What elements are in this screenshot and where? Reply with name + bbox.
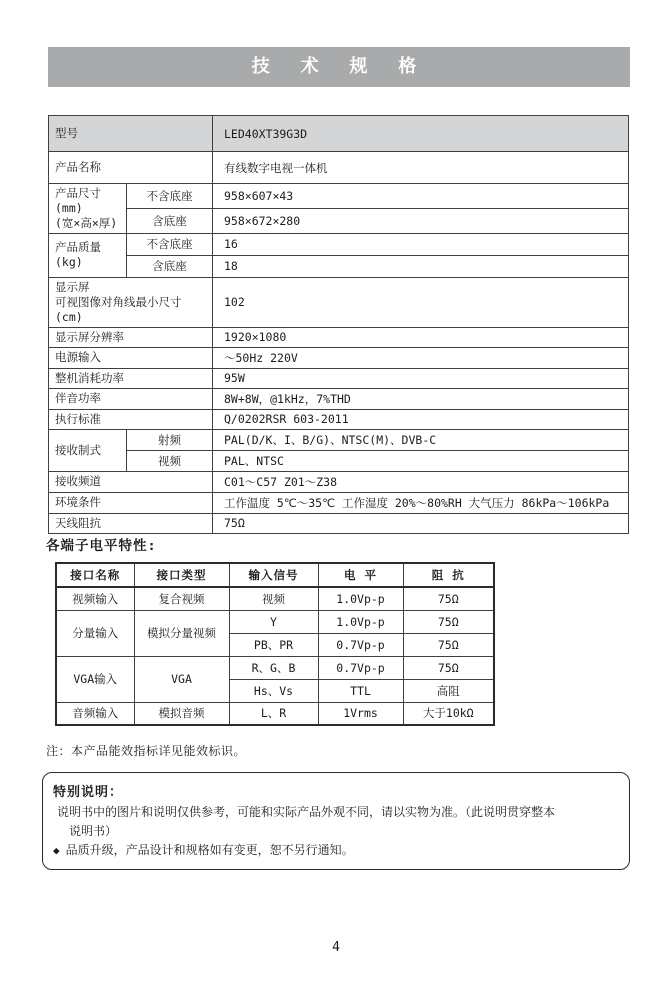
spec-value: C01～C57 Z01～Z38 bbox=[213, 471, 629, 492]
terminal-type: VGA bbox=[134, 656, 229, 702]
table-row: 分量输入 模拟分量视频 Y 1.0Vp-p 75Ω bbox=[56, 610, 494, 633]
terminal-impedance: 高阻 bbox=[403, 679, 494, 702]
terminal-signal: R、G、B bbox=[229, 656, 318, 679]
terminal-level: 1.0Vp-p bbox=[318, 587, 403, 610]
table-row: 音频输入 模拟音频 L、R 1Vrms 大于10kΩ bbox=[56, 702, 494, 725]
section-title-bar: 技 术 规 格 bbox=[48, 47, 630, 87]
special-notes-box: 特别说明： 说明书中的图片和说明仅供参考，可能和实际产品外观不同，请以实物为准。… bbox=[42, 772, 630, 870]
spec-value: 75Ω bbox=[213, 513, 629, 533]
spec-value: 8W+8W，@1kHz，7%THD bbox=[213, 388, 629, 409]
spec-value: 18 bbox=[213, 255, 629, 277]
column-header: 输入信号 bbox=[229, 563, 318, 587]
table-row: 显示屏分辨率 1920×1080 bbox=[49, 327, 629, 347]
table-row: 产品质量(kg) 不含底座 16 bbox=[49, 233, 629, 255]
spec-label: 电源输入 bbox=[49, 347, 213, 368]
spec-label: 伴音功率 bbox=[49, 388, 213, 409]
table-row: 伴音功率 8W+8W，@1kHz，7%THD bbox=[49, 388, 629, 409]
table-row: 视频 PAL、NTSC bbox=[49, 450, 629, 471]
spec-label: 显示屏分辨率 bbox=[49, 327, 213, 347]
spec-value: 102 bbox=[213, 277, 629, 327]
diamond-bullet-icon: ◆ bbox=[53, 842, 60, 860]
terminal-signal: 视频 bbox=[229, 587, 318, 610]
spec-sublabel: 射频 bbox=[127, 429, 213, 450]
column-header: 阻 抗 bbox=[403, 563, 494, 587]
table-row: 执行标准 Q/0202RSR 603-2011 bbox=[49, 409, 629, 429]
spec-value: PAL(D/K、I、B/G)、NTSC(M)、DVB-C bbox=[213, 429, 629, 450]
terminal-level: 0.7Vp-p bbox=[318, 633, 403, 656]
energy-efficiency-note: 注：本产品能效指标详见能效标识。 bbox=[46, 742, 246, 759]
terminal-signal: L、R bbox=[229, 702, 318, 725]
spec-sublabel: 不含底座 bbox=[127, 233, 213, 255]
column-header: 电 平 bbox=[318, 563, 403, 587]
terminal-impedance: 75Ω bbox=[403, 610, 494, 633]
spec-value: 958×672×280 bbox=[213, 208, 629, 233]
spec-value: Q/0202RSR 603-2011 bbox=[213, 409, 629, 429]
spec-label: 型号 bbox=[49, 116, 213, 152]
terminal-type: 模拟分量视频 bbox=[134, 610, 229, 656]
spec-label: 显示屏 可视图像对角线最小尺寸(cm) bbox=[49, 277, 213, 327]
table-row: 接收制式 射频 PAL(D/K、I、B/G)、NTSC(M)、DVB-C bbox=[49, 429, 629, 450]
terminal-type: 复合视频 bbox=[134, 587, 229, 610]
table-row: 含底座 958×672×280 bbox=[49, 208, 629, 233]
spec-value: 工作温度 5℃～35℃ 工作湿度 20%～80%RH 大气压力 86kPa～10… bbox=[213, 492, 629, 513]
spec-sublabel: 含底座 bbox=[127, 208, 213, 233]
table-row: 产品尺寸(mm) (宽×高×厚) 不含底座 958×607×43 bbox=[49, 184, 629, 209]
spec-label: 执行标准 bbox=[49, 409, 213, 429]
terminal-impedance: 75Ω bbox=[403, 587, 494, 610]
table-row: 接收频道 C01～C57 Z01～Z38 bbox=[49, 471, 629, 492]
terminal-table: 接口名称 接口类型 输入信号 电 平 阻 抗 视频输入 复合视频 视频 1.0V… bbox=[55, 562, 495, 726]
table-row: 显示屏 可视图像对角线最小尺寸(cm) 102 bbox=[49, 277, 629, 327]
spec-label: 整机消耗功率 bbox=[49, 368, 213, 388]
table-row: 含底座 18 bbox=[49, 255, 629, 277]
terminal-name: VGA输入 bbox=[56, 656, 134, 702]
table-row: VGA输入 VGA R、G、B 0.7Vp-p 75Ω bbox=[56, 656, 494, 679]
spec-sublabel: 视频 bbox=[127, 450, 213, 471]
table-row: 环境条件 工作温度 5℃～35℃ 工作湿度 20%～80%RH 大气压力 86k… bbox=[49, 492, 629, 513]
spec-label: 产品质量(kg) bbox=[49, 233, 127, 277]
spec-label: 产品名称 bbox=[49, 152, 213, 184]
spec-value: LED40XT39G3D bbox=[213, 116, 629, 152]
table-row: 天线阻抗 75Ω bbox=[49, 513, 629, 533]
terminal-level: 1.0Vp-p bbox=[318, 610, 403, 633]
spec-value: PAL、NTSC bbox=[213, 450, 629, 471]
spec-sublabel: 不含底座 bbox=[127, 184, 213, 209]
terminal-impedance: 大于10kΩ bbox=[403, 702, 494, 725]
spec-label: 接收制式 bbox=[49, 429, 127, 471]
table-row: 型号 LED40XT39G3D bbox=[49, 116, 629, 152]
terminal-header-row: 接口名称 接口类型 输入信号 电 平 阻 抗 bbox=[56, 563, 494, 587]
table-row: 产品名称 有线数字电视一体机 bbox=[49, 152, 629, 184]
spec-value: ～50Hz 220V bbox=[213, 347, 629, 368]
terminal-impedance: 75Ω bbox=[403, 656, 494, 679]
special-notes-line1: 说明书中的图片和说明仅供参考，可能和实际产品外观不同，请以实物为准。（此说明贯穿… bbox=[53, 803, 619, 841]
spec-sublabel: 含底座 bbox=[127, 255, 213, 277]
special-notes-line2: 品质升级，产品设计和规格如有变更，恕不另行通知。 bbox=[66, 841, 354, 860]
terminal-section-title: 各端子电平特性: bbox=[46, 534, 157, 554]
terminal-type: 模拟音频 bbox=[134, 702, 229, 725]
terminal-level: 1Vrms bbox=[318, 702, 403, 725]
page-number: 4 bbox=[0, 940, 672, 955]
spec-label: 产品尺寸(mm) (宽×高×厚) bbox=[49, 184, 127, 234]
terminal-signal: PB、PR bbox=[229, 633, 318, 656]
spec-table: 型号 LED40XT39G3D 产品名称 有线数字电视一体机 产品尺寸(mm) … bbox=[48, 115, 629, 534]
terminal-name: 音频输入 bbox=[56, 702, 134, 725]
spec-value: 有线数字电视一体机 bbox=[213, 152, 629, 184]
spec-label: 接收频道 bbox=[49, 471, 213, 492]
spec-value: 1920×1080 bbox=[213, 327, 629, 347]
spec-value: 16 bbox=[213, 233, 629, 255]
terminal-signal: Y bbox=[229, 610, 318, 633]
document-page: 技 术 规 格 型号 LED40XT39G3D 产品名称 有线数字电视一体机 产… bbox=[0, 0, 672, 992]
spec-label: 天线阻抗 bbox=[49, 513, 213, 533]
terminal-name: 分量输入 bbox=[56, 610, 134, 656]
special-notes-title: 特别说明： bbox=[53, 781, 619, 800]
terminal-impedance: 75Ω bbox=[403, 633, 494, 656]
page-title: 技 术 规 格 bbox=[252, 56, 427, 77]
spec-label: 环境条件 bbox=[49, 492, 213, 513]
table-row: 整机消耗功率 95W bbox=[49, 368, 629, 388]
spec-value: 958×607×43 bbox=[213, 184, 629, 209]
terminal-level: TTL bbox=[318, 679, 403, 702]
terminal-name: 视频输入 bbox=[56, 587, 134, 610]
column-header: 接口名称 bbox=[56, 563, 134, 587]
table-row: 视频输入 复合视频 视频 1.0Vp-p 75Ω bbox=[56, 587, 494, 610]
terminal-signal: Hs、Vs bbox=[229, 679, 318, 702]
special-notes-line2-row: ◆ 品质升级，产品设计和规格如有变更，恕不另行通知。 bbox=[53, 841, 619, 860]
spec-value: 95W bbox=[213, 368, 629, 388]
column-header: 接口类型 bbox=[134, 563, 229, 587]
table-row: 电源输入 ～50Hz 220V bbox=[49, 347, 629, 368]
terminal-level: 0.7Vp-p bbox=[318, 656, 403, 679]
